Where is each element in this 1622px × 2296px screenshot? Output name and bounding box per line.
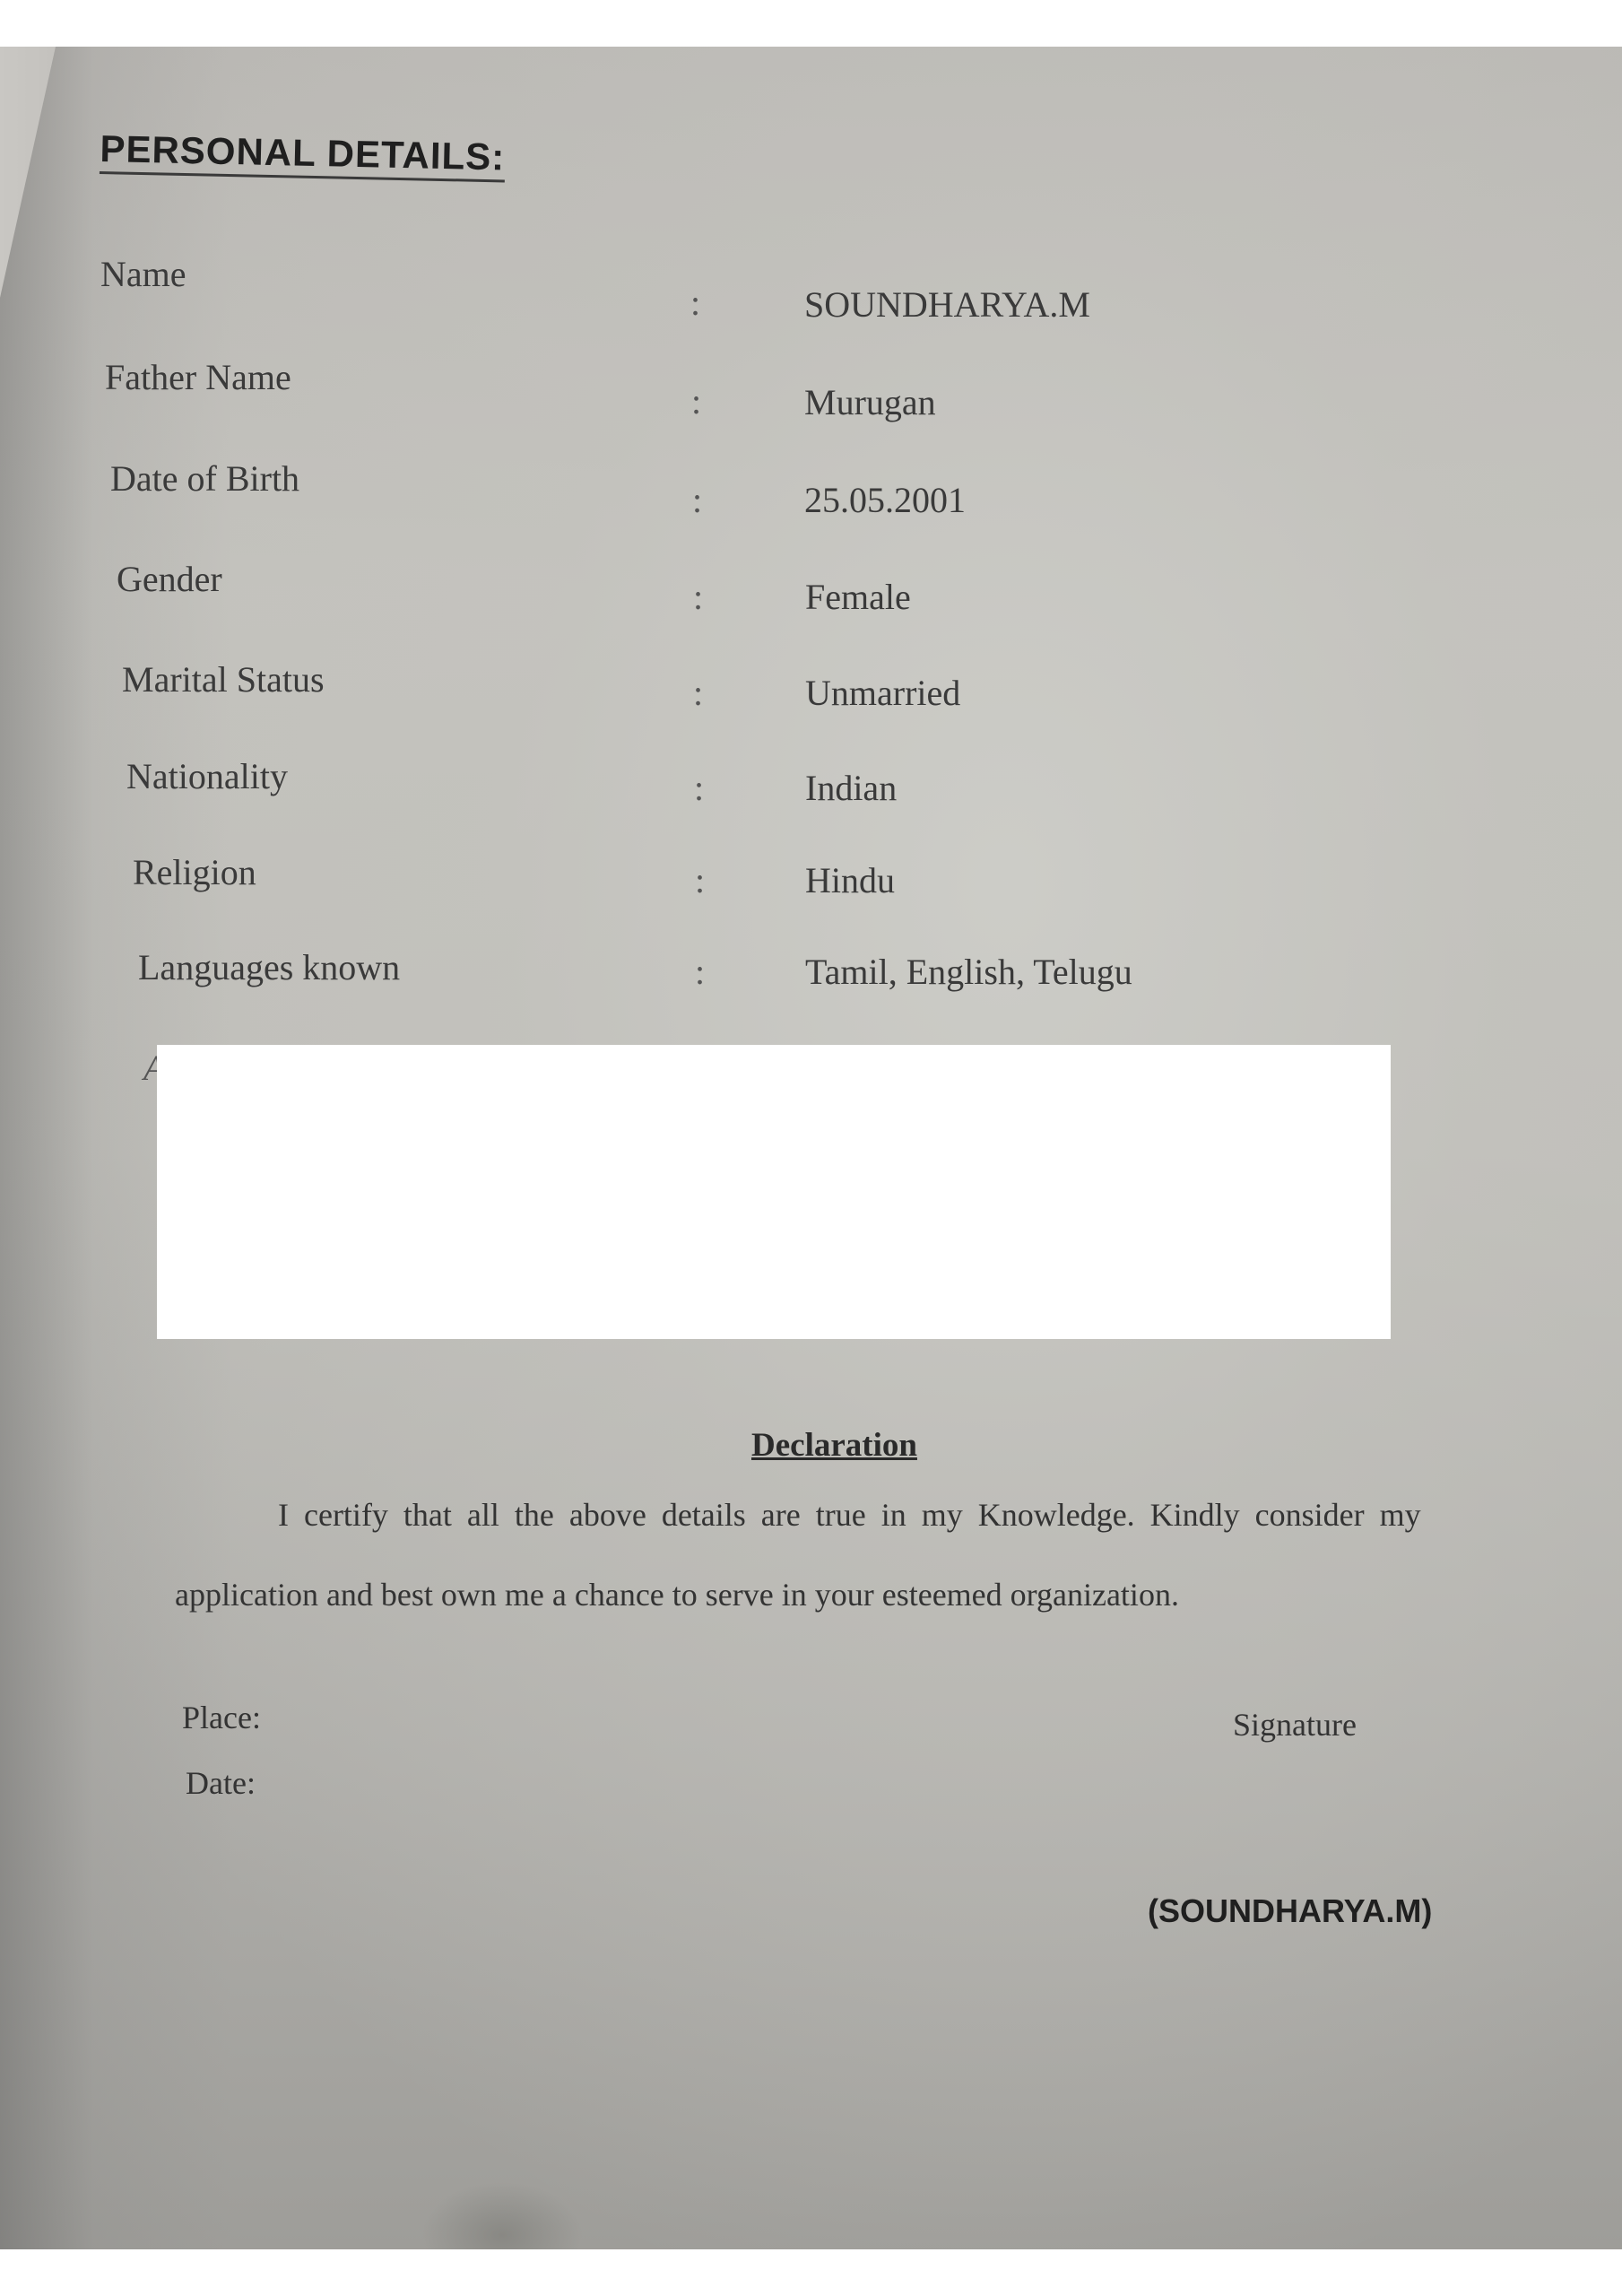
signature-label: Signature xyxy=(1233,1706,1357,1744)
field-value-languages-known: Tamil, English, Telugu xyxy=(805,951,1132,993)
field-separator: : xyxy=(693,576,703,618)
field-label-father-name: Father Name xyxy=(105,356,291,398)
date-label: Date: xyxy=(186,1764,256,1802)
field-label-marital-status: Marital Status xyxy=(122,658,325,700)
place-label: Place: xyxy=(182,1699,261,1736)
declaration-line-1: I certify that all the above details are… xyxy=(278,1496,1506,1534)
field-label-gender: Gender xyxy=(117,558,222,600)
field-value-name: SOUNDHARYA.M xyxy=(804,283,1090,326)
field-separator: : xyxy=(690,282,700,324)
field-label-languages-known: Languages known xyxy=(138,946,400,988)
field-separator: : xyxy=(694,767,704,809)
field-label-name: Name xyxy=(100,253,186,295)
redaction-box xyxy=(157,1045,1391,1339)
field-value-gender: Female xyxy=(805,576,911,618)
field-label-nationality: Nationality xyxy=(126,755,288,797)
field-separator: : xyxy=(693,672,703,714)
field-separator: : xyxy=(695,951,705,993)
field-label-date-of-birth: Date of Birth xyxy=(110,457,299,500)
section-title: PERSONAL DETAILS: xyxy=(100,127,506,182)
field-value-religion: Hindu xyxy=(805,859,895,901)
declaration-title: Declaration xyxy=(751,1426,917,1465)
field-value-marital-status: Unmarried xyxy=(805,672,960,714)
shadow-blob xyxy=(421,2181,583,2249)
field-value-father-name: Murugan xyxy=(804,381,936,423)
field-value-nationality: Indian xyxy=(805,767,897,809)
signatory-name: (SOUNDHARYA.M) xyxy=(1148,1892,1432,1930)
field-separator: : xyxy=(692,479,702,521)
field-label-religion: Religion xyxy=(133,851,256,893)
declaration-line-2: application and best own me a chance to … xyxy=(175,1576,1179,1613)
field-separator: : xyxy=(691,380,701,422)
field-separator: : xyxy=(695,859,705,901)
document-photo: PERSONAL DETAILS: Name : SOUNDHARYA.M Fa… xyxy=(0,47,1622,2249)
field-value-date-of-birth: 25.05.2001 xyxy=(804,479,966,521)
declaration-text: I certify that all the above details are… xyxy=(278,1496,1421,1534)
